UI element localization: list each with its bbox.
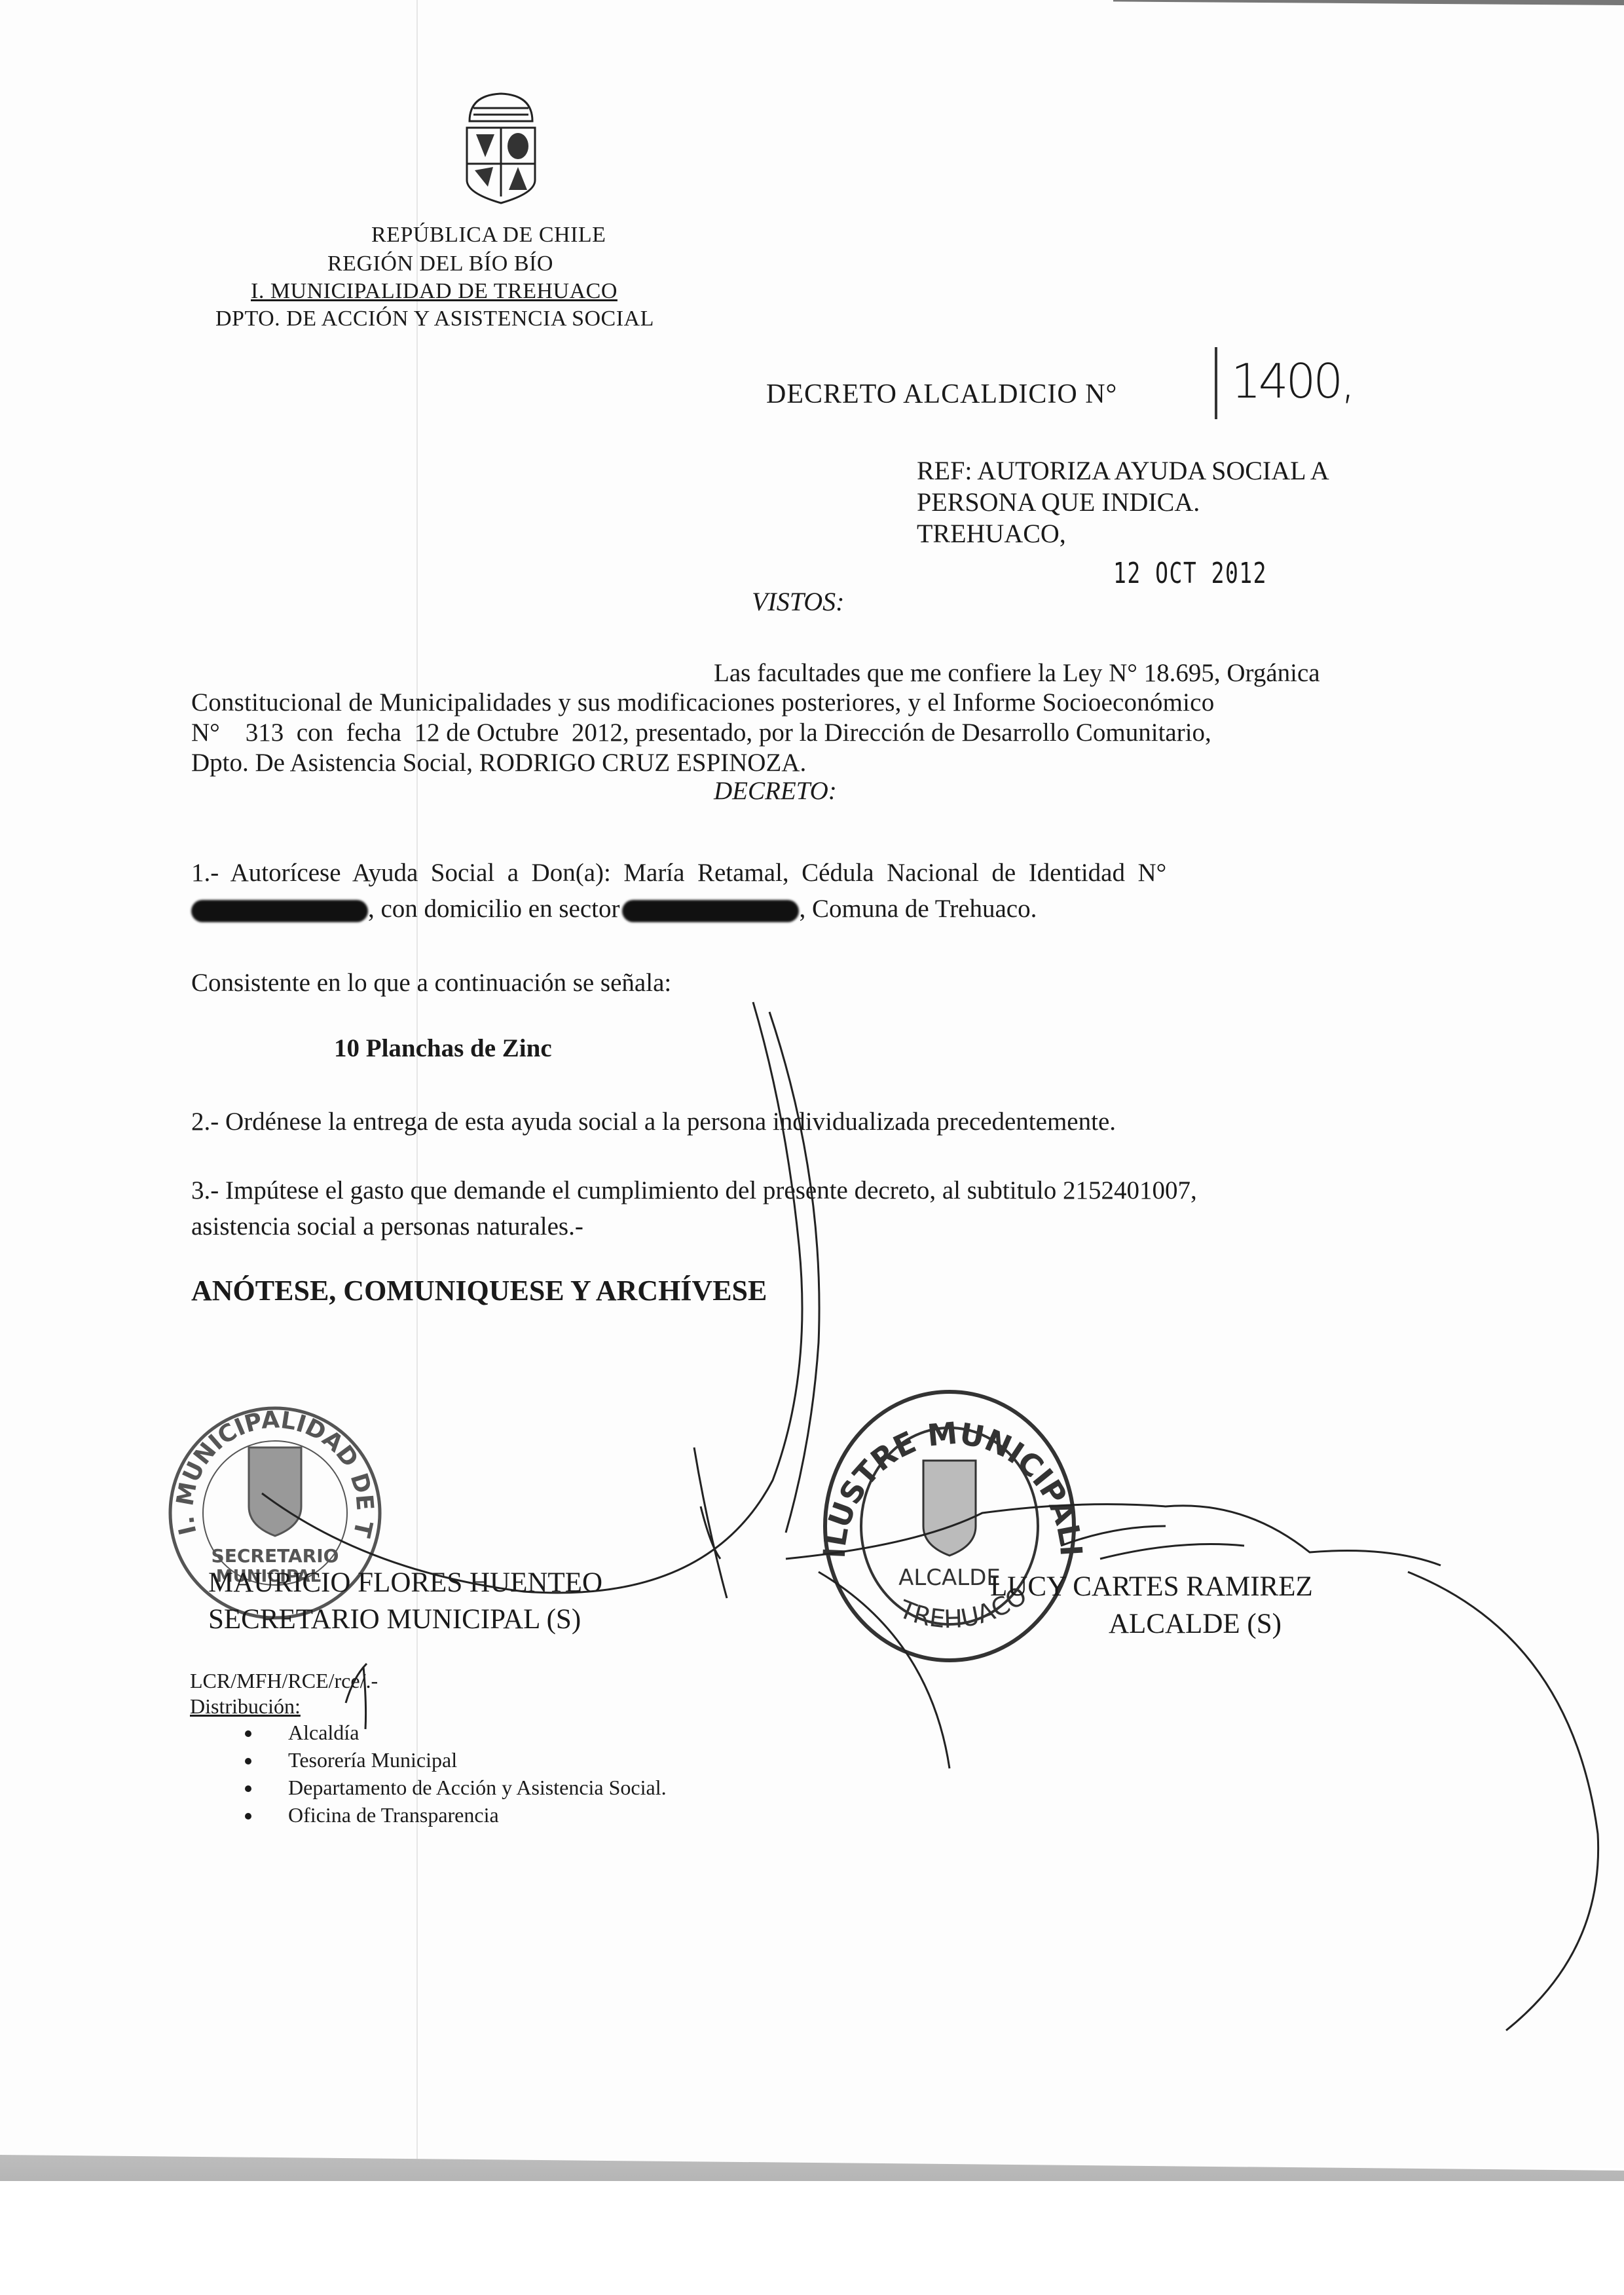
item-3-line-1: 3.- Impútese el gasto que demande el cum… <box>191 1176 1197 1205</box>
handwritten-bar <box>1215 347 1217 419</box>
initials: LCR/MFH/RCE/rce/.- <box>190 1667 378 1694</box>
item-2: 2.- Ordénese la entrega de esta ayuda so… <box>191 1107 1116 1136</box>
item-1-line-2: , con domicilio en sector, Comuna de Tre… <box>191 894 1037 924</box>
coat-of-arms-icon <box>462 88 540 206</box>
mayor-title: ALCALDE (S) <box>1109 1608 1282 1640</box>
redacted-id-number <box>191 900 368 922</box>
distribution-item: Departamento de Acción y Asistencia Soci… <box>262 1774 667 1801</box>
vistos-label: VISTOS: <box>752 586 844 618</box>
ref-line-1: REF: AUTORIZA AYUDA SOCIAL A <box>917 455 1329 487</box>
ref-line-2: PERSONA QUE INDICA. <box>917 487 1200 518</box>
decree-title: DECRETO ALCALDICIO N° <box>766 379 1117 410</box>
header-department: DPTO. DE ACCIÓN Y ASISTENCIA SOCIAL <box>215 307 654 331</box>
item-3-line-2: asistencia social a personas naturales.- <box>191 1212 583 1241</box>
secretary-name: MAURICIO FLORES HUENTEO <box>208 1567 602 1599</box>
decree-number: 1400, <box>1231 354 1353 409</box>
header-region: REGIÓN DEL BÍO BÍO <box>327 252 553 276</box>
distribution-label: Distribución: <box>190 1692 301 1720</box>
distribution-item: Alcaldía <box>262 1719 667 1746</box>
distribution-item: Oficina de Transparencia <box>262 1801 667 1829</box>
vistos-line-1: Las facultades que me confiere la Ley N°… <box>714 658 1320 688</box>
header-municipality: I. MUNICIPALIDAD DE TREHUACO <box>251 279 618 304</box>
mayor-name: LUCY CARTES RAMIREZ <box>990 1571 1313 1603</box>
consistente-line: Consistente en lo que a continuación se … <box>191 968 671 998</box>
aid-item: 10 Planchas de Zinc <box>334 1034 552 1063</box>
vistos-line-2: Constitucional de Municipalidades y sus … <box>191 688 1214 717</box>
item-1-line-1: 1.- Autorícese Ayuda Social a Don(a): Ma… <box>191 858 1166 887</box>
distribution-item: Tesorería Municipal <box>262 1746 667 1774</box>
closing-formula: ANÓTESE, COMUNIQUESE Y ARCHÍVESE <box>191 1274 767 1307</box>
vistos-line-3: N° 313 con fecha 12 de Octubre 2012, pre… <box>191 718 1211 747</box>
svg-text:ALCALDE: ALCALDE <box>898 1565 1001 1591</box>
vistos-line-4: Dpto. De Asistencia Social, RODRIGO CRUZ… <box>191 748 806 777</box>
secretary-title: SECRETARIO MUNICIPAL (S) <box>208 1603 581 1635</box>
header-country: REPÚBLICA DE CHILE <box>371 223 606 248</box>
decreto-label: DECRETO: <box>714 776 837 806</box>
svg-text:SECRETARIO: SECRETARIO <box>212 1545 339 1567</box>
distribution-list: Alcaldía Tesorería Municipal Departament… <box>190 1719 667 1829</box>
mayor-seal-icon: ILUSTRE MUNICIPALIDAD TREHUACO ALCALDE <box>819 1389 1094 1664</box>
redacted-sector <box>622 900 799 922</box>
date-stamp: 12 OCT 2012 <box>1113 557 1267 590</box>
place: TREHUACO, <box>917 518 1066 550</box>
